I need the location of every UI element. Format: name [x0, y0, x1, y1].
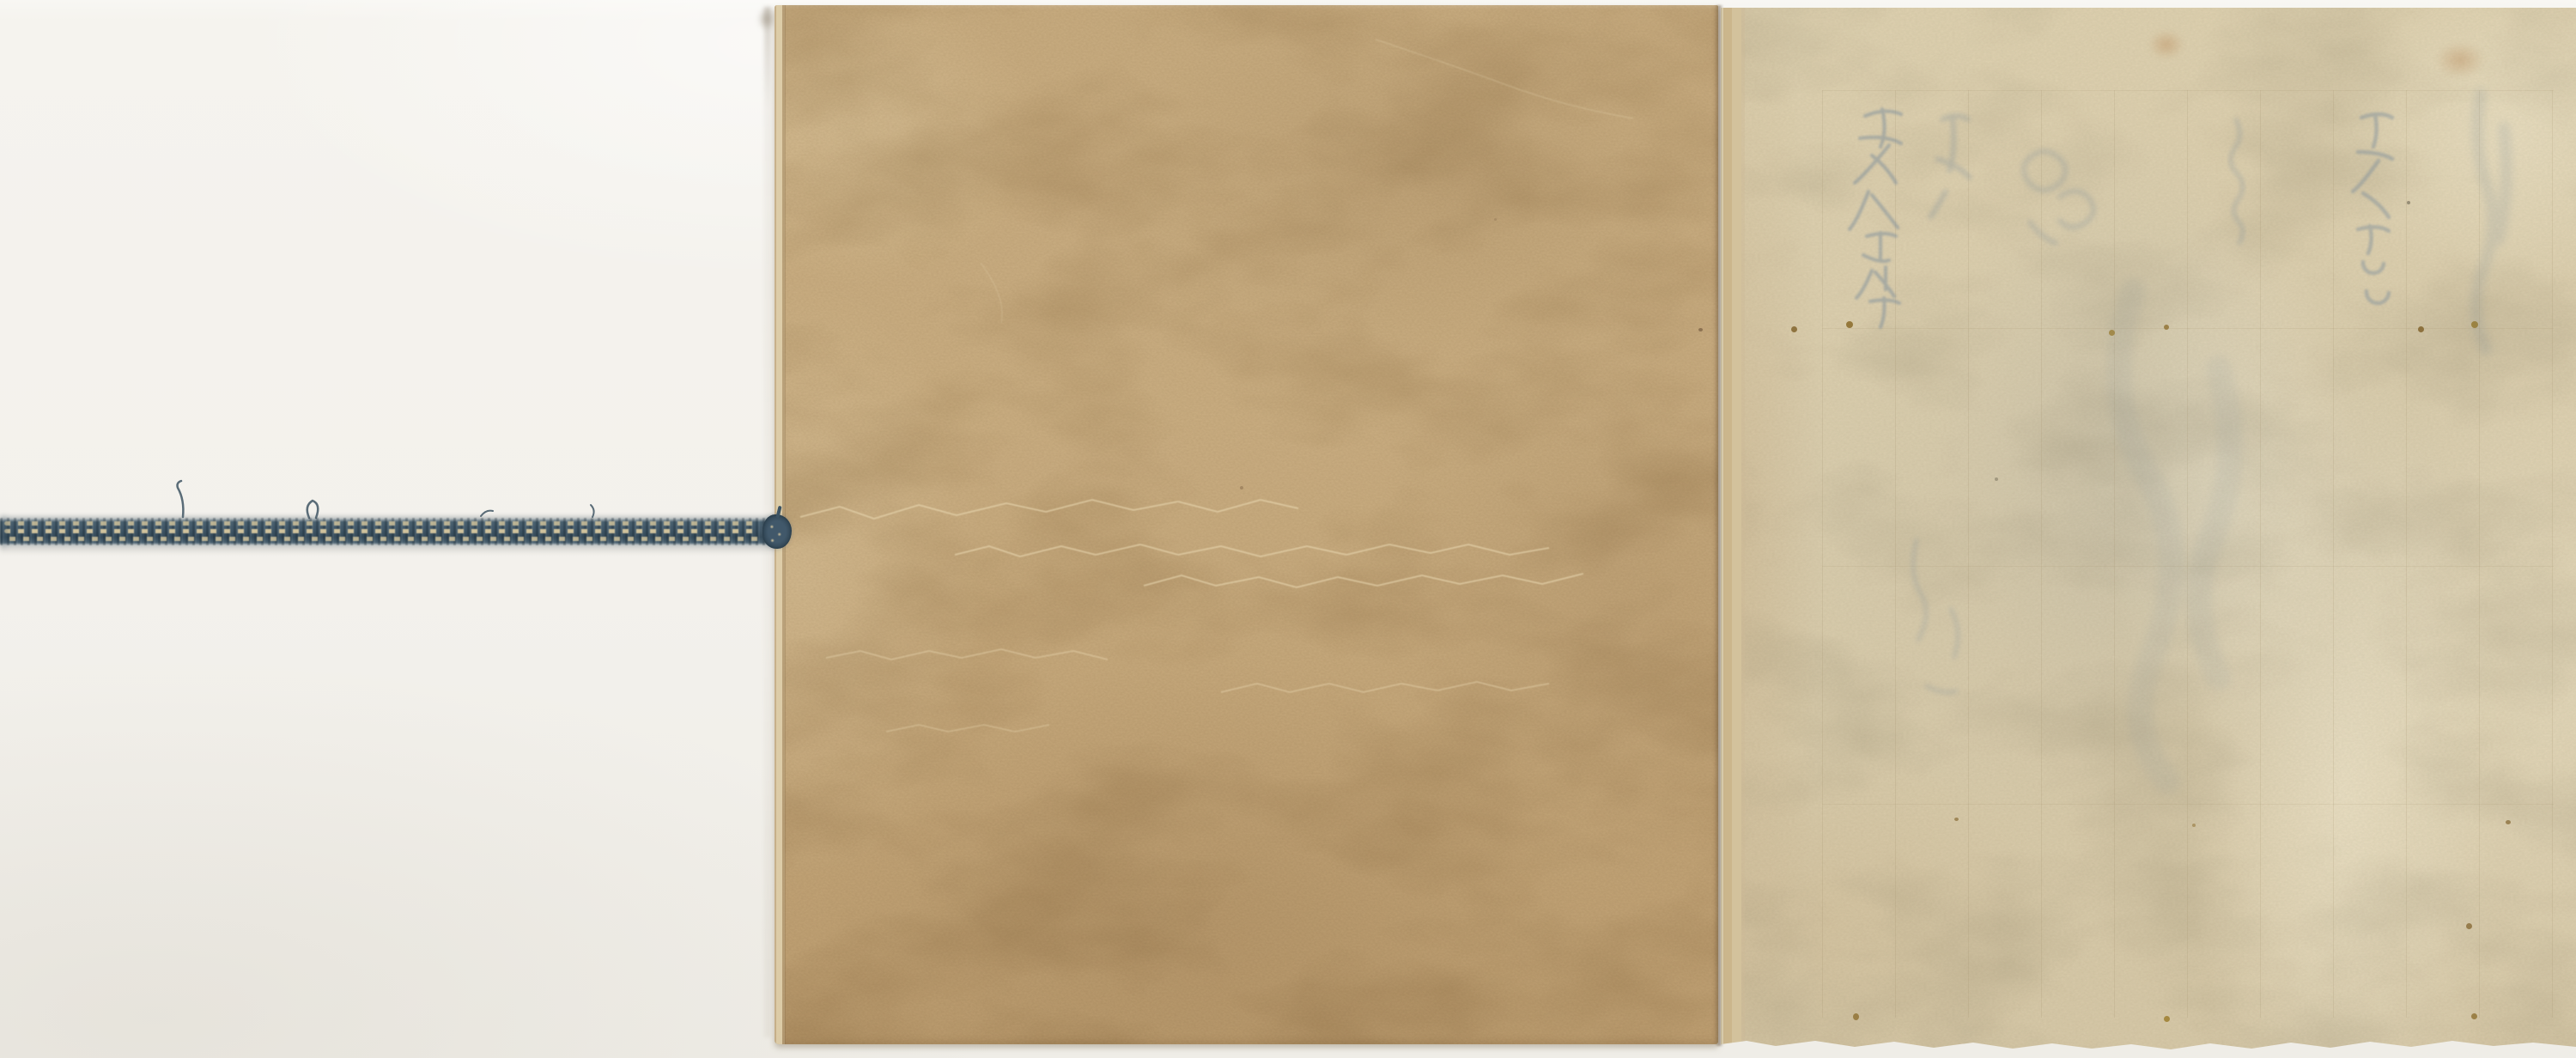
foxing-spot: [1846, 321, 1853, 328]
foxing-spot: [2192, 824, 2196, 827]
foxing-spot: [2407, 201, 2410, 204]
cover-speck: [1698, 328, 1703, 331]
foxing-spot: [2506, 820, 2511, 824]
foxing-spot: [1954, 818, 1959, 821]
foxing-spot: [2164, 325, 2169, 330]
foxing-spot: [2164, 1016, 2170, 1022]
cord-cast-shadow: [0, 547, 777, 555]
cover-speck: [1494, 218, 1497, 221]
foxing-spot: [1995, 477, 1998, 481]
ghost-ruled-grid: [1822, 90, 2554, 1018]
foxing-spot: [1853, 1013, 1859, 1020]
page-gutter-shadow: [1715, 5, 1723, 1046]
rust-stain: [2148, 30, 2184, 59]
foxing-spot: [2418, 326, 2424, 332]
cord-weave-dashes: [4, 521, 759, 526]
rust-stain: [2435, 42, 2485, 78]
cord-weave-dashes: [4, 537, 759, 541]
cover-corner-smudge: [757, 7, 776, 31]
foxing-spot: [2471, 1013, 2477, 1019]
cover-paper-texture: [775, 5, 1718, 1044]
cover-speck: [1240, 486, 1243, 489]
album-page-verso: [1721, 8, 2576, 1049]
foxing-spot: [2471, 321, 2478, 328]
cord-weave-dashes: [4, 529, 759, 533]
binding-cord: [0, 516, 795, 547]
album-rear-cover: [775, 5, 1718, 1044]
cord-frayed-left-end: [0, 513, 10, 550]
cord-knot-end: [762, 514, 792, 549]
foxing-spot: [2109, 330, 2115, 336]
cord-woven-body: [0, 518, 773, 545]
page-gutter-edge: [1721, 8, 1747, 1049]
album-photograph: [0, 0, 2576, 1058]
foxing-spot: [2466, 923, 2472, 929]
foxing-spot: [1791, 326, 1797, 332]
